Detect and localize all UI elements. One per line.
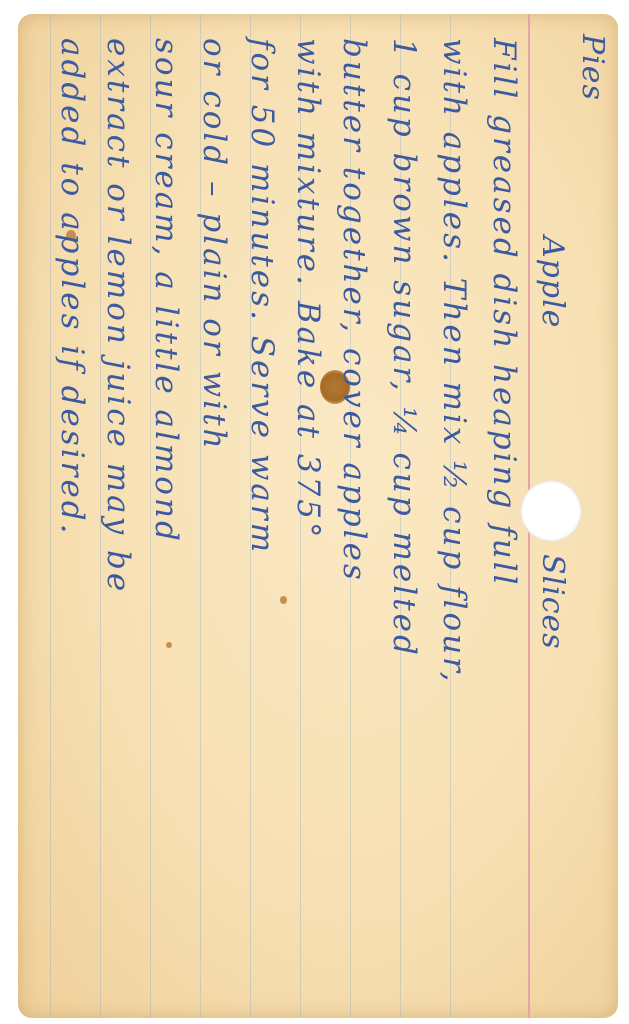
recipe-line: extract or lemon juice may be xyxy=(100,38,136,594)
handwriting-layer: Pies Apple Slices Fill greased dish heap… xyxy=(18,14,618,1018)
recipe-line: or cold – plain or with xyxy=(196,38,232,452)
recipe-line: added to apples if desired. xyxy=(54,38,90,537)
recipe-line: with mixture. Bake at 375° xyxy=(290,38,326,541)
recipe-line: with apples. Then mix ½ cup flour, xyxy=(436,38,472,684)
recipe-category: Pies xyxy=(575,34,610,101)
recipe-line: Fill greased dish heaping full xyxy=(486,38,522,588)
recipe-line: butter together, cover apples xyxy=(336,38,372,583)
recipe-line: 1 cup brown sugar, ¼ cup melted xyxy=(386,38,422,658)
recipe-card: Pies Apple Slices Fill greased dish heap… xyxy=(18,14,618,1018)
recipe-title-word-2: Slices xyxy=(535,554,570,650)
recipe-line: for 50 minutes. Serve warm xyxy=(244,38,280,555)
recipe-title-word-1: Apple xyxy=(535,236,570,328)
recipe-line: sour cream, a little almond xyxy=(148,38,184,544)
